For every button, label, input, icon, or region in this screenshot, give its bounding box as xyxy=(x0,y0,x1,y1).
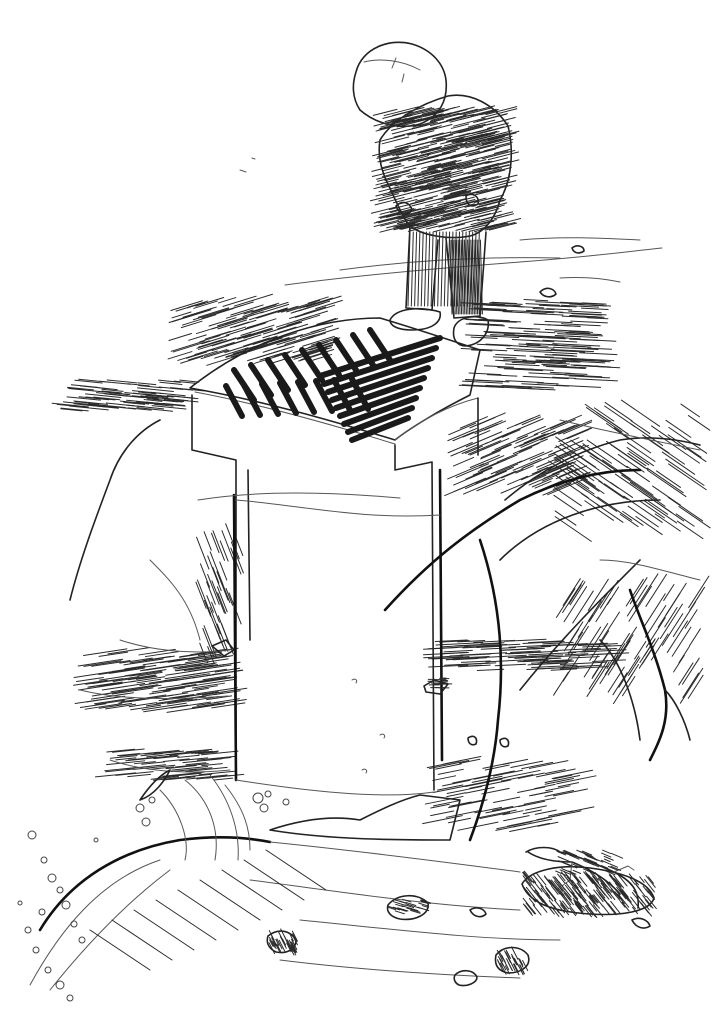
pebbles xyxy=(267,896,650,986)
lizard-on-rock xyxy=(522,848,654,915)
sketch-artwork xyxy=(0,0,716,1023)
detail-hatching xyxy=(90,678,656,975)
child-figure xyxy=(353,42,511,346)
cracked-wall-left xyxy=(70,420,234,772)
concrete-shaft xyxy=(192,395,478,795)
child-jacket-hatching xyxy=(370,106,520,314)
water-outflow xyxy=(30,770,560,990)
splash-droplets xyxy=(18,791,289,1001)
